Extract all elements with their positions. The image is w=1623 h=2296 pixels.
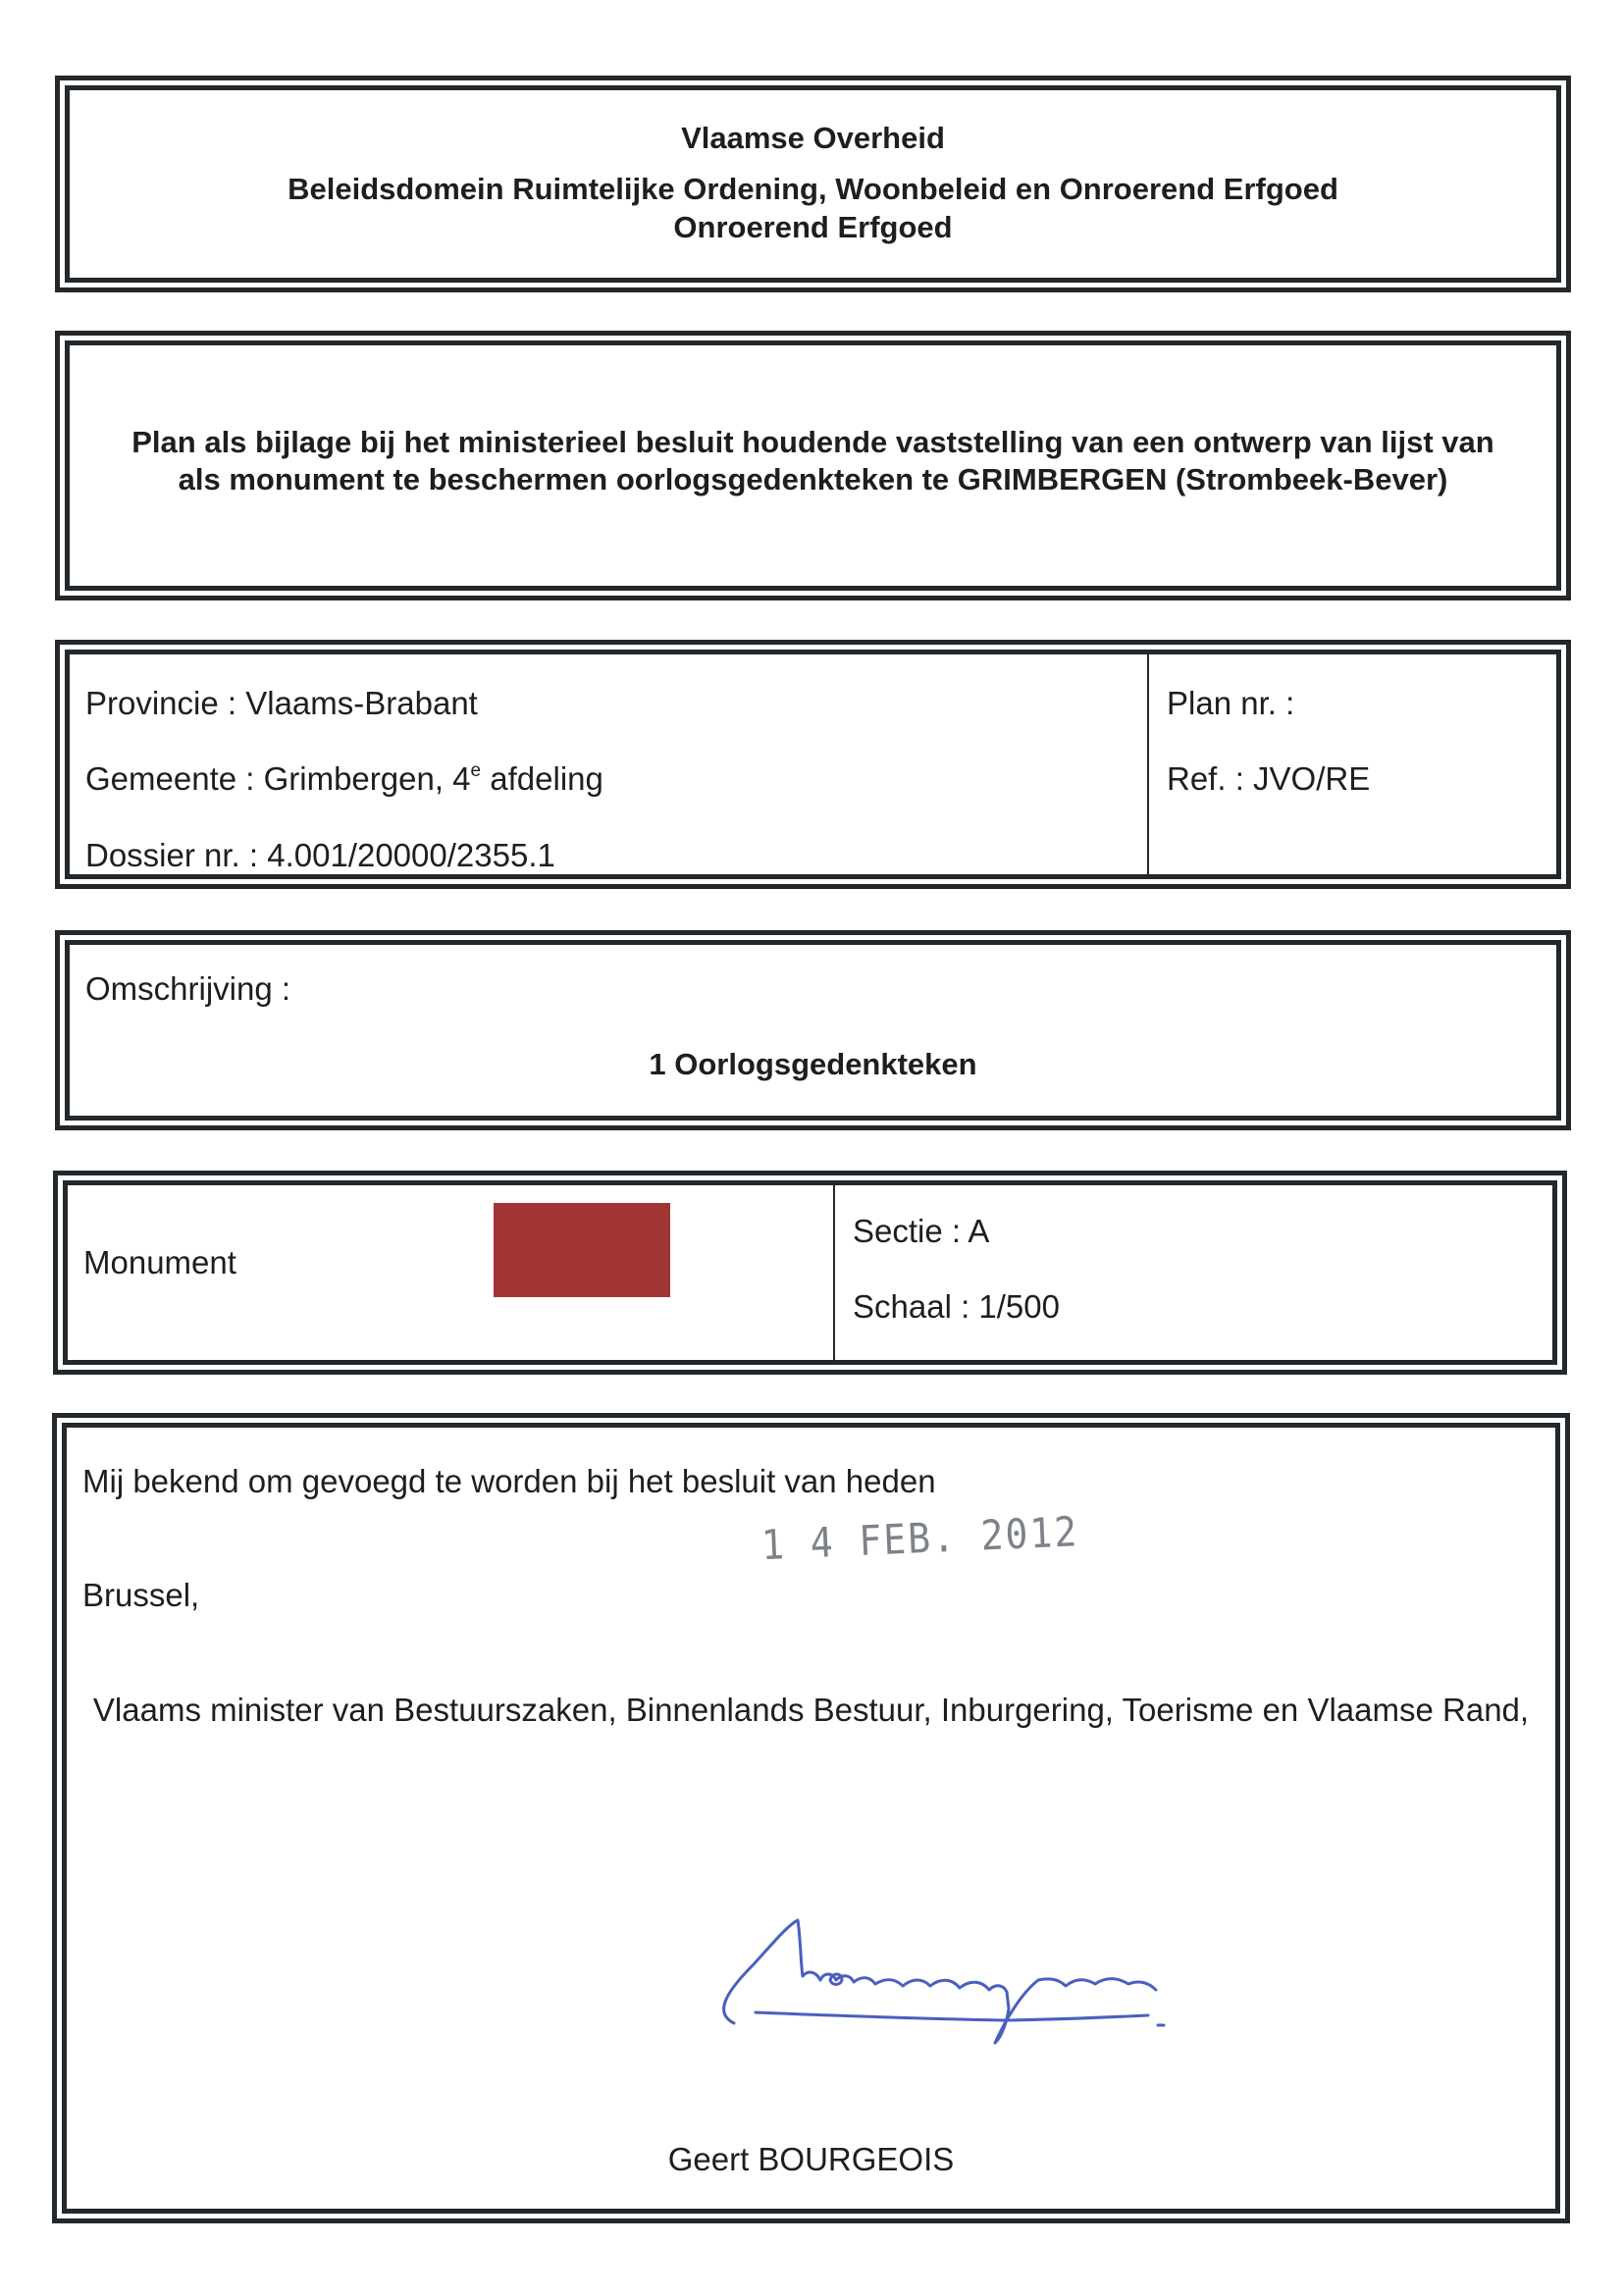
gemeente-text: Gemeente : Grimbergen, 4 bbox=[85, 760, 471, 797]
title-line-2: als monument te beschermen oorlogsgedenk… bbox=[70, 464, 1556, 495]
dossier-field: Dossier nr. : 4.001/20000/2355.1 bbox=[85, 839, 555, 871]
header-line-policy-domain: Beleidsdomein Ruimtelijke Ordening, Woon… bbox=[70, 174, 1556, 204]
gemeente-suffix: afdeling bbox=[481, 760, 603, 797]
gemeente-ordinal: e bbox=[471, 760, 482, 781]
gemeente-field: Gemeente : Grimbergen, 4e afdeling bbox=[85, 762, 603, 795]
description-value: 1 Oorlogsgedenkteken bbox=[70, 1049, 1556, 1079]
header-line-agency: Onroerend Erfgoed bbox=[70, 212, 1556, 242]
title-inner-frame: Plan als bijlage bij het ministerieel be… bbox=[65, 340, 1561, 591]
description-label: Omschrijving : bbox=[85, 972, 290, 1005]
title-line-1: Plan als bijlage bij het ministerieel be… bbox=[70, 427, 1556, 457]
signature-icon bbox=[695, 1915, 1205, 2048]
legend-column-divider bbox=[833, 1185, 835, 1360]
minister-title: Vlaams minister van Bestuurszaken, Binne… bbox=[67, 1694, 1555, 1726]
schaal-field: Schaal : 1/500 bbox=[853, 1290, 1060, 1323]
header-line-authority: Vlaamse Overheid bbox=[70, 123, 1556, 153]
legend-box: Monument Sectie : A Schaal : 1/500 bbox=[53, 1171, 1567, 1375]
date-stamp: 1 4 FEB. 2012 bbox=[760, 1508, 1079, 1569]
title-box: Plan als bijlage bij het ministerieel be… bbox=[55, 331, 1571, 600]
legend-inner-frame: Monument Sectie : A Schaal : 1/500 bbox=[63, 1180, 1557, 1365]
approval-box: Mij bekend om gevoegd te worden bij het … bbox=[52, 1413, 1570, 2223]
monument-color-swatch bbox=[494, 1203, 670, 1297]
approval-inner-frame: Mij bekend om gevoegd te worden bij het … bbox=[62, 1423, 1560, 2214]
info-inner-frame: Provincie : Vlaams-Brabant Gemeente : Gr… bbox=[65, 650, 1561, 879]
sectie-field: Sectie : A bbox=[853, 1215, 989, 1247]
plan-nr-field: Plan nr. : bbox=[1167, 687, 1294, 719]
info-column-divider bbox=[1147, 654, 1149, 874]
header-inner-frame: Vlaamse Overheid Beleidsdomein Ruimtelij… bbox=[65, 85, 1561, 283]
approval-statement: Mij bekend om gevoegd te worden bij het … bbox=[82, 1465, 936, 1497]
ref-field: Ref. : JVO/RE bbox=[1167, 762, 1370, 795]
approval-place: Brussel, bbox=[82, 1579, 199, 1611]
provincie-field: Provincie : Vlaams-Brabant bbox=[85, 687, 478, 719]
signatory-name: Geert BOURGEOIS bbox=[67, 2143, 1555, 2175]
header-box: Vlaamse Overheid Beleidsdomein Ruimtelij… bbox=[55, 76, 1571, 292]
info-box: Provincie : Vlaams-Brabant Gemeente : Gr… bbox=[55, 640, 1571, 889]
legend-monument-label: Monument bbox=[83, 1246, 236, 1278]
description-inner-frame: Omschrijving : 1 Oorlogsgedenkteken bbox=[65, 940, 1561, 1121]
description-box: Omschrijving : 1 Oorlogsgedenkteken bbox=[55, 930, 1571, 1130]
